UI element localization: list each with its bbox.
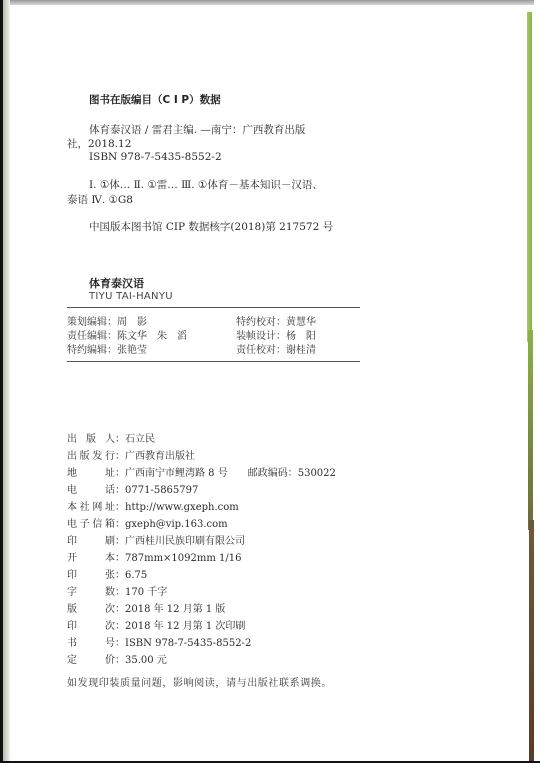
credit-value: 黄慧华 xyxy=(286,317,316,328)
imprint-label: 电话 xyxy=(67,484,115,498)
credit-planning-editor: 策划编辑：周 影 xyxy=(67,316,147,330)
imprint-label: 出版人 xyxy=(67,433,115,447)
credit-label: 特约校对： xyxy=(236,317,286,328)
imprint-row: 印刷：广西桂川民族印刷有限公司 xyxy=(67,535,245,549)
credit-value: 谢桂清 xyxy=(286,345,316,356)
book-spine-green xyxy=(527,12,532,342)
credit-special-proofreader: 特约校对：黄慧华 xyxy=(236,316,316,330)
imprint-value: ：787mm×1092mm 1/16 xyxy=(115,553,241,564)
credit-responsible-editor: 责任编辑：陈文华 朱 滔 xyxy=(67,330,187,344)
credit-special-editor: 特约编辑：张艳莹 xyxy=(67,344,147,358)
imprint-value: ：gxeph@vip.163.com xyxy=(115,519,228,530)
imprint-row: 版次：2018 年 12 月第 1 版 xyxy=(67,603,225,617)
imprint-row: 本社网址：http://www.gxeph.com xyxy=(67,501,239,515)
credits-top-rule xyxy=(67,307,360,308)
imprint-row: 定价：35.00 元 xyxy=(67,654,167,668)
imprint-row: 出版人：石立民 xyxy=(67,433,155,447)
credit-responsible-proofreader: 责任校对：谢桂清 xyxy=(236,344,316,358)
imprint-value: ：35.00 元 xyxy=(115,655,167,666)
book-title: 体育泰汉语 xyxy=(89,277,144,291)
credit-value: 陈文华 朱 滔 xyxy=(117,331,187,342)
cip-entry-line2: 社，2018.12 xyxy=(67,137,131,151)
imprint-row: 开本：787mm×1092mm 1/16 xyxy=(67,552,241,566)
imprint-row: 出版发行：广西教育出版社 xyxy=(67,450,195,464)
imprint-row: 字数：170 千字 xyxy=(67,586,167,600)
book-spine-olive xyxy=(528,330,533,530)
imprint-row: 地址：广西南宁市鲤湾路 8 号 邮政编码：530022 xyxy=(67,467,336,481)
credit-label: 特约编辑： xyxy=(67,345,117,356)
imprint-label: 字数 xyxy=(67,586,115,600)
imprint-label: 定价 xyxy=(67,654,115,668)
credit-label: 策划编辑： xyxy=(67,317,117,328)
imprint-value: ：http://www.gxeph.com xyxy=(115,502,239,513)
imprint-label: 印次 xyxy=(67,620,115,634)
imprint-label: 印刷 xyxy=(67,535,115,549)
scan-left-shadow xyxy=(3,0,10,763)
credit-cover-design: 装帧设计：杨 阳 xyxy=(236,330,316,344)
credit-label: 责任校对： xyxy=(236,345,286,356)
imprint-label: 出版发行 xyxy=(67,450,115,464)
book-pinyin: TIYU TAI-HANYU xyxy=(89,290,173,304)
cip-number: 中国版本图书馆 CIP 数据核字(2018)第 217572 号 xyxy=(89,220,333,234)
cip-heading: 图书在版编目（C I P）数据 xyxy=(89,93,221,107)
imprint-value: ：6.75 xyxy=(115,570,147,581)
imprint-row: 电子信箱：gxeph@vip.163.com xyxy=(67,518,228,532)
credit-value: 杨 阳 xyxy=(286,331,316,342)
credits-bottom-rule xyxy=(67,361,360,362)
cip-classification-line2: 泰语 Ⅳ. ①G8 xyxy=(67,193,133,207)
imprint-value: ：170 千字 xyxy=(115,587,167,598)
cip-entry-line1: 体育泰汉语 / 雷君主编. —南宁：广西教育出版 xyxy=(89,123,305,137)
imprint-value: ：广西教育出版社 xyxy=(115,451,195,462)
imprint-value: ：广西桂川民族印刷有限公司 xyxy=(115,536,245,547)
scan-top-edge xyxy=(0,0,540,5)
scan-right-margin xyxy=(534,0,540,763)
imprint-label: 电子信箱 xyxy=(67,518,115,532)
imprint-value: ：广西南宁市鲤湾路 8 号 邮政编码：530022 xyxy=(115,468,336,479)
imprint-value: ：石立民 xyxy=(115,434,155,445)
imprint-value: ：ISBN 978-7-5435-8552-2 xyxy=(115,638,251,649)
credit-label: 装帧设计： xyxy=(236,331,286,342)
imprint-row: 印次：2018 年 12 月第 1 次印刷 xyxy=(67,620,245,634)
imprint-label: 本社网址 xyxy=(67,501,115,515)
imprint-value: ：2018 年 12 月第 1 版 xyxy=(115,604,225,615)
imprint-label: 地址 xyxy=(67,467,115,481)
imprint-row: 电话：0771-5865797 xyxy=(67,484,198,498)
credit-value: 周 影 xyxy=(117,317,147,328)
imprint-label: 印张 xyxy=(67,569,115,583)
credit-value: 张艳莹 xyxy=(117,345,147,356)
cip-classification-line1: Ⅰ. ①体… Ⅱ. ①雷… Ⅲ. ①体育－基本知识－汉语、 xyxy=(89,178,323,192)
imprint-value: ：0771-5865797 xyxy=(115,485,198,496)
imprint-row: 印张：6.75 xyxy=(67,569,147,583)
imprint-row: 书号：ISBN 978-7-5435-8552-2 xyxy=(67,637,251,651)
imprint-label: 书号 xyxy=(67,637,115,651)
quality-notice: 如发现印装质量问题，影响阅读，请与出版社联系调换。 xyxy=(67,677,332,691)
imprint-label: 版次 xyxy=(67,603,115,617)
credit-label: 责任编辑： xyxy=(67,331,117,342)
imprint-label: 开本 xyxy=(67,552,115,566)
imprint-value: ：2018 年 12 月第 1 次印刷 xyxy=(115,621,245,632)
cip-isbn: ISBN 978-7-5435-8552-2 xyxy=(89,150,222,164)
